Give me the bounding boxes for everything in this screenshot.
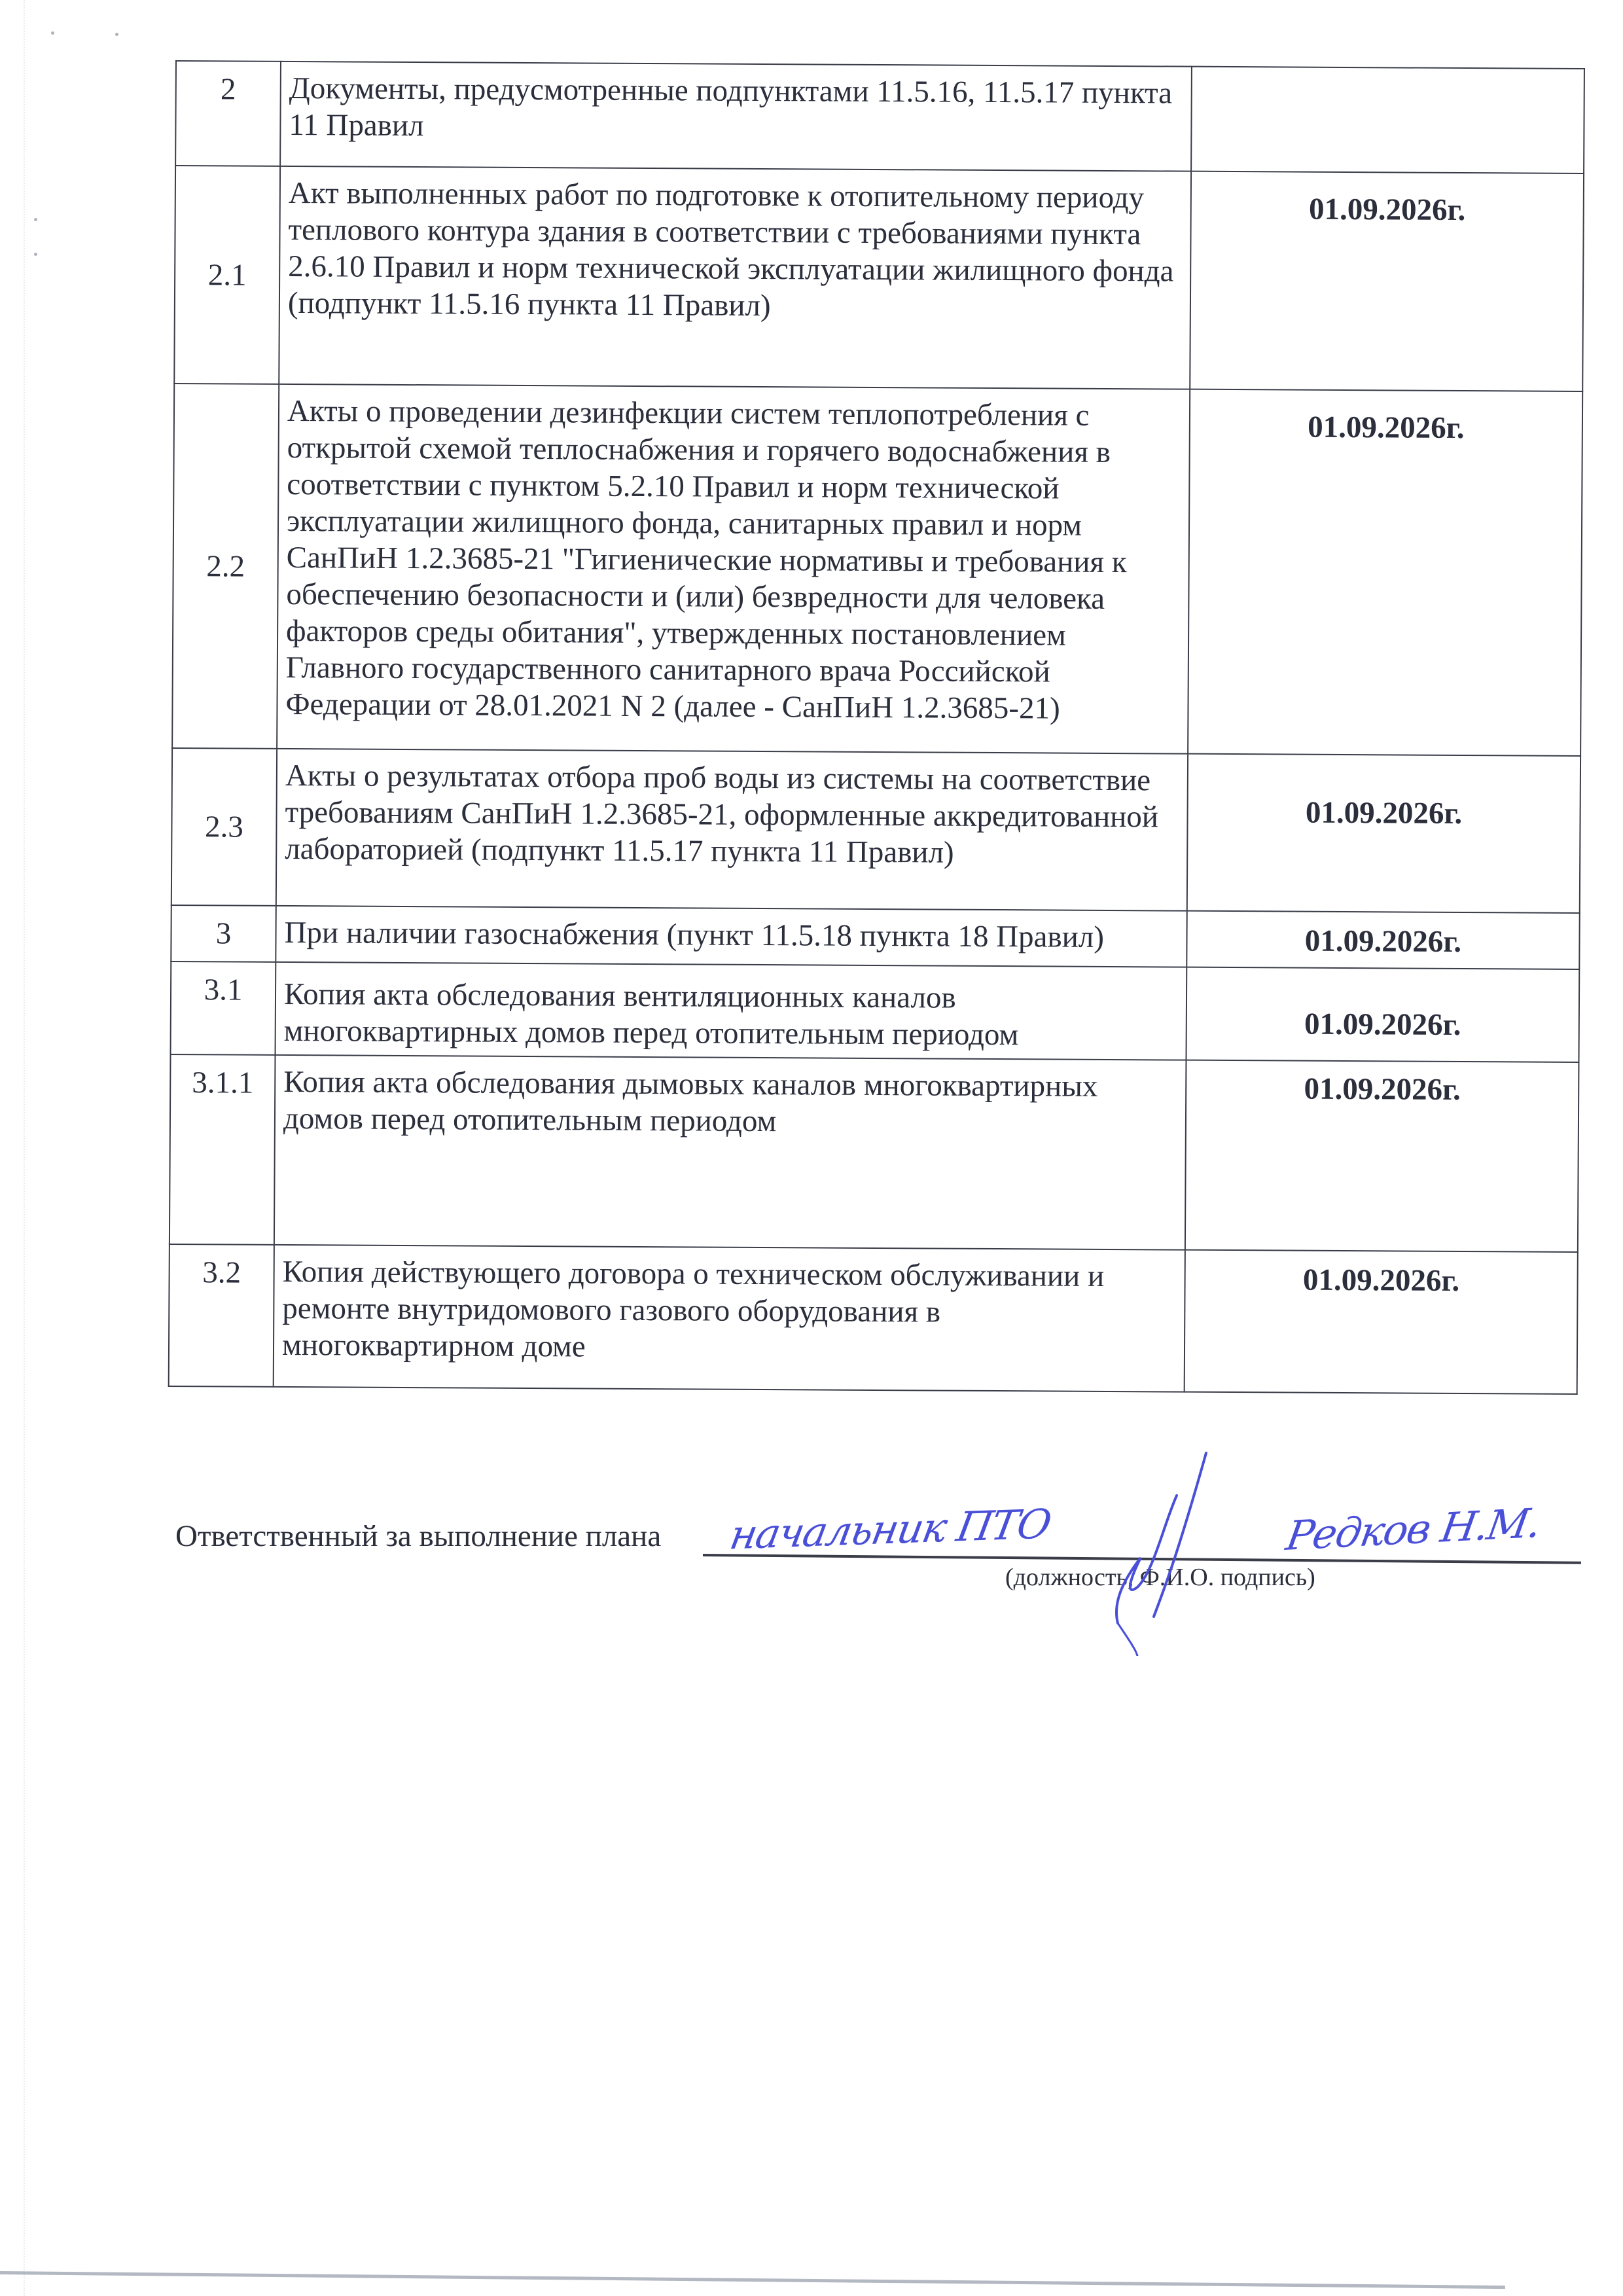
scan-speck xyxy=(34,253,37,256)
table-row: 3.1.1 Копия акта обследования дымовых ка… xyxy=(169,1054,1579,1252)
row-description: Акты о результатах отбора проб воды из с… xyxy=(276,749,1188,911)
scan-speck xyxy=(115,33,118,36)
handwritten-signature-icon xyxy=(1092,1446,1262,1656)
table-row: 3 При наличии газоснабжения (пункт 11.5.… xyxy=(171,905,1579,969)
table-row: 3.2 Копия действующего договора о технич… xyxy=(169,1244,1578,1394)
row-date: 01.09.2026г. xyxy=(1185,1060,1579,1252)
table-row: 2.3 Акты о результатах отбора проб воды … xyxy=(171,748,1580,913)
row-number: 3.1.1 xyxy=(169,1054,276,1245)
row-date: 01.09.2026г. xyxy=(1186,911,1579,969)
plan-table: 2 Документы, предусмотренные подпунктами… xyxy=(168,60,1585,1395)
row-date: 01.09.2026г. xyxy=(1190,171,1584,391)
handwritten-position: начальник ПТО xyxy=(726,1500,1054,1559)
table-row: 2.2 Акты о проведении дезинфекции систем… xyxy=(172,384,1582,756)
row-number: 2.2 xyxy=(172,384,279,749)
table-row: 2 Документы, предусмотренные подпунктами… xyxy=(175,61,1584,173)
row-number: 2.3 xyxy=(171,748,277,906)
document-page: 2 Документы, предусмотренные подпунктами… xyxy=(0,0,1623,2296)
row-date xyxy=(1191,67,1584,173)
scan-speck xyxy=(51,31,54,35)
row-description: Копия акта обследования дымовых каналов … xyxy=(274,1055,1186,1250)
handwritten-name: Редков Н.М. xyxy=(1283,1499,1543,1560)
signature-block: Ответственный за выполнение плана (должн… xyxy=(175,1486,1589,1617)
row-number: 3.1 xyxy=(171,961,276,1055)
row-number: 3 xyxy=(171,905,276,962)
row-description: Акт выполненных работ по подготовке к от… xyxy=(279,166,1191,389)
row-description: При наличии газоснабжения (пункт 11.5.18… xyxy=(276,906,1186,967)
scan-edge-artifact xyxy=(0,2271,1505,2289)
row-date: 01.09.2026г. xyxy=(1187,754,1580,913)
scan-speck xyxy=(34,218,37,221)
row-number: 2 xyxy=(175,61,281,166)
row-description: Копия действующего договора о техническо… xyxy=(274,1245,1185,1392)
table-row: 2.1 Акт выполненных работ по подготовке … xyxy=(174,166,1584,391)
row-description: Акты о проведении дезинфекции систем теп… xyxy=(277,384,1190,754)
row-description: Копия акта обследования вентиляционных к… xyxy=(276,962,1187,1060)
row-description: Документы, предусмотренные подпунктами 1… xyxy=(280,62,1192,171)
row-number: 3.2 xyxy=(169,1244,274,1387)
table-row: 3.1 Копия акта обследования вентиляционн… xyxy=(171,961,1580,1062)
scan-edge-artifact xyxy=(24,0,26,2296)
row-date: 01.09.2026г. xyxy=(1185,1250,1578,1394)
row-date: 01.09.2026г. xyxy=(1186,967,1579,1062)
row-number: 2.1 xyxy=(174,166,280,384)
responsible-label: Ответственный за выполнение плана xyxy=(175,1518,661,1554)
row-date: 01.09.2026г. xyxy=(1188,389,1582,756)
